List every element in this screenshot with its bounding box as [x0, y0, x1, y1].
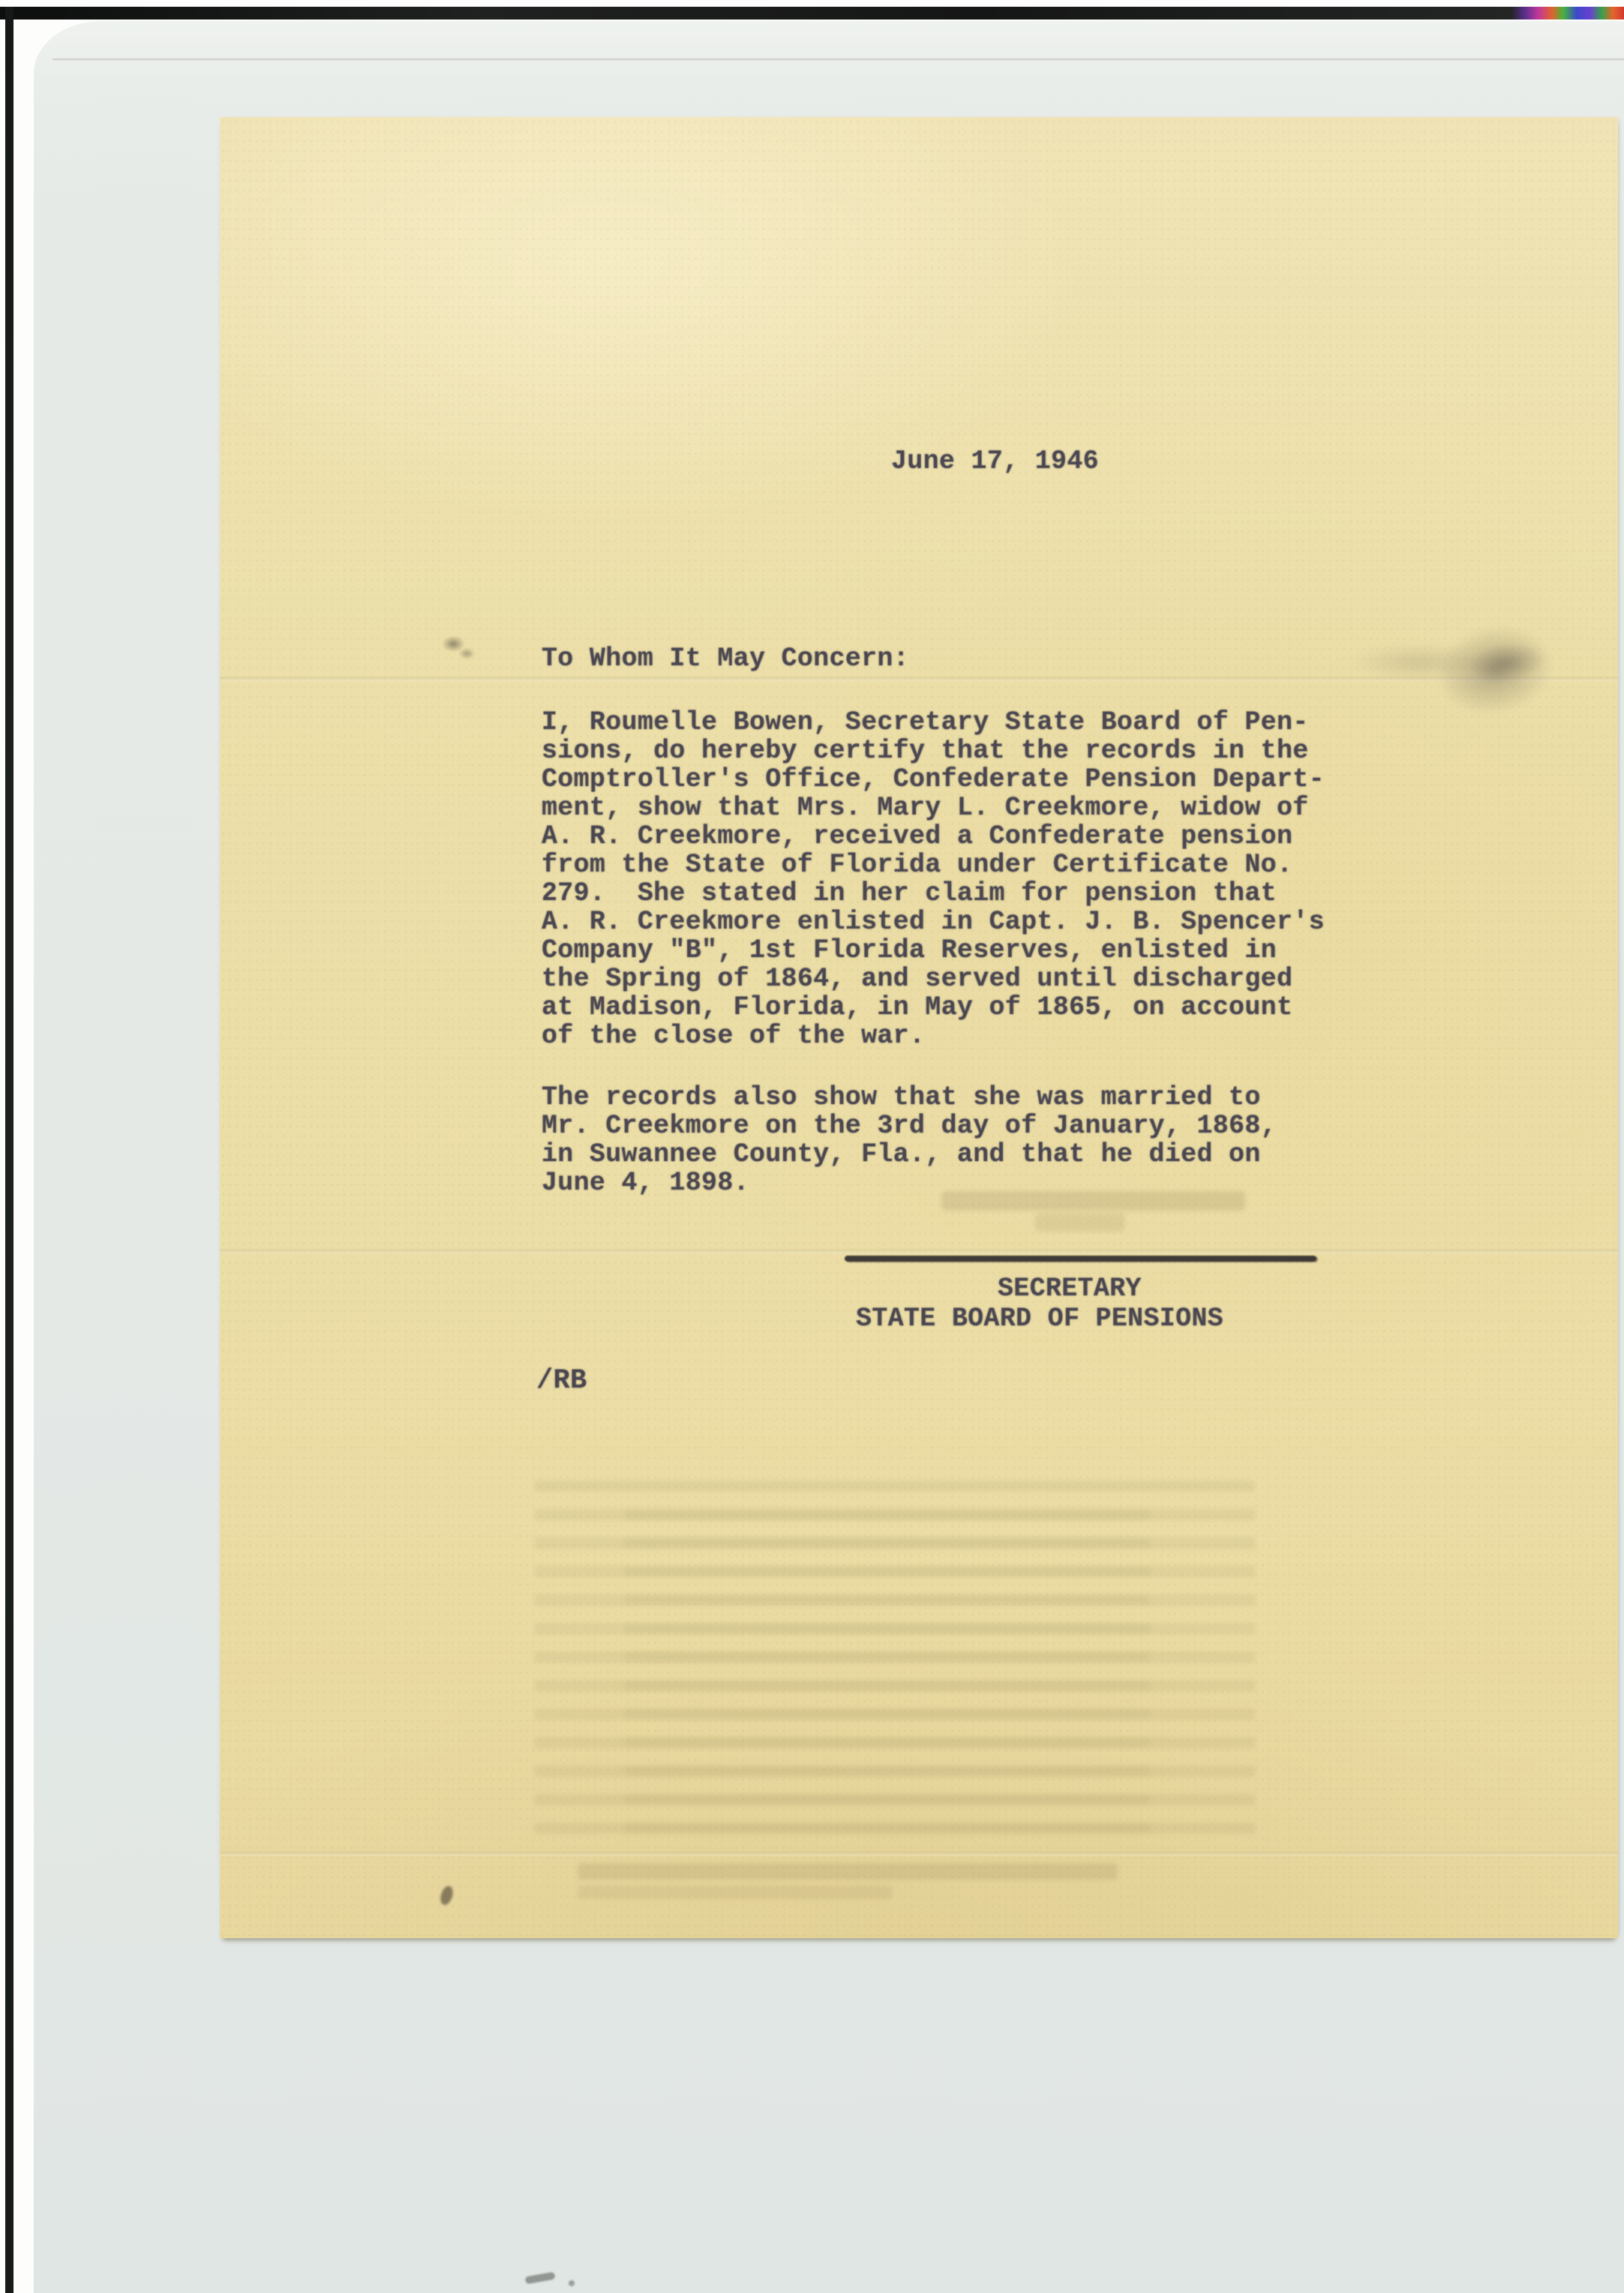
scan-iridescent-artifact — [1511, 7, 1624, 20]
signature-rule-line — [845, 1256, 1316, 1262]
signature-title-secretary: SECRETARY — [998, 1274, 1142, 1303]
fold-crease-middle — [220, 1250, 1618, 1253]
bleed-through-line-below-crease — [578, 1863, 1118, 1880]
ink-speck — [438, 1884, 455, 1906]
bleed-through-line-below-crease-2 — [578, 1886, 893, 1899]
letter-paragraph-1: I, Roumelle Bowen, Secretary State Board… — [542, 708, 1325, 1050]
bleed-through-text-block-overlay — [625, 1509, 1150, 1839]
scan-top-white-strip — [0, 0, 1624, 7]
bleed-through-stamp-line-2 — [1035, 1214, 1125, 1232]
letter-salutation: To Whom It May Concern: — [542, 644, 909, 673]
backing-sheet-edge-line — [53, 59, 1624, 60]
scan-top-edge-band — [0, 7, 1624, 20]
fold-crease-bottom — [220, 1852, 1618, 1856]
backing-bottom-dot — [569, 2280, 575, 2286]
scan-left-edge-line — [5, 7, 14, 2293]
letter-date: June 17, 1946 — [891, 447, 1099, 476]
signature-org-state-board: STATE BOARD OF PENSIONS — [856, 1304, 1223, 1333]
ink-scribble-mark — [437, 630, 479, 665]
letter-paragraph-2: The records also show that she was marri… — [542, 1083, 1277, 1197]
letter-page: June 17, 1946 To Whom It May Concern: I,… — [220, 117, 1618, 1938]
typist-initials: /RB — [536, 1367, 587, 1395]
